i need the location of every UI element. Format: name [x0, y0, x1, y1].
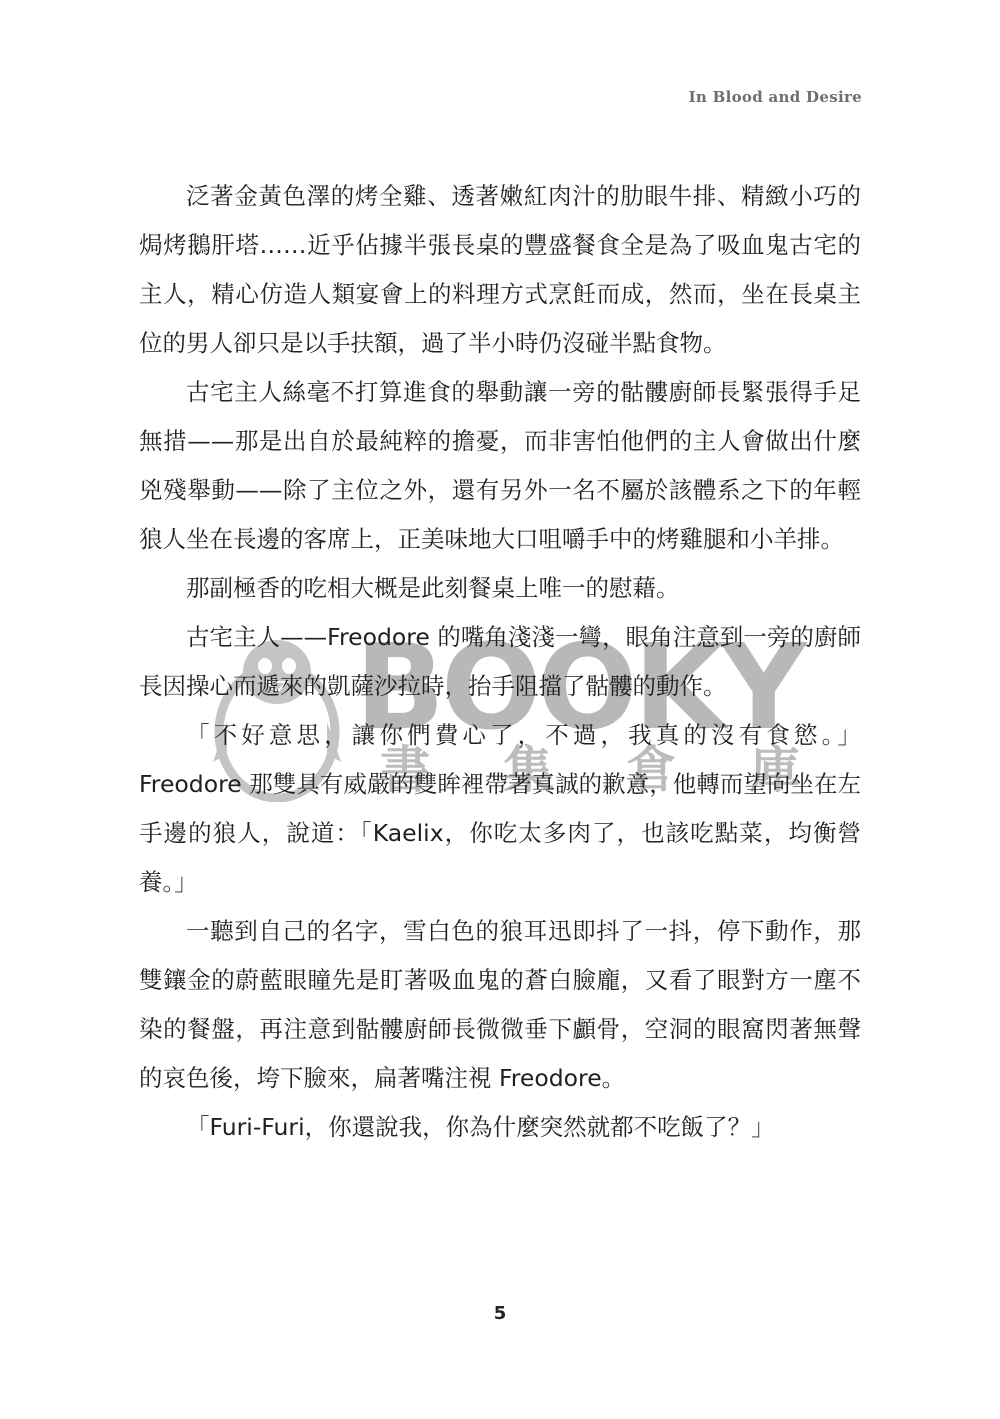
paragraph: 一聽到自己的名字，雪白色的狼耳迅即抖了一抖，停下動作，那雙鑲金的蔚藍眼瞳先是盯著… — [139, 907, 861, 1103]
running-header-title: In Blood and Desire — [689, 88, 862, 106]
paragraph: 古宅主人——Freodore 的嘴角淺淺一彎，眼角注意到一旁的廚師長因操心而遞來… — [139, 613, 861, 711]
page-number: 5 — [0, 1303, 1000, 1324]
chapter-body: 泛著金黃色澤的烤全雞、透著嫩紅肉汁的肋眼牛排、精緻小巧的焗烤鵝肝塔……近乎佔據半… — [139, 172, 861, 1152]
paragraph: 泛著金黃色澤的烤全雞、透著嫩紅肉汁的肋眼牛排、精緻小巧的焗烤鵝肝塔……近乎佔據半… — [139, 172, 861, 368]
paragraph: 「不好意思，讓你們費心了，不過，我真的沒有食慾。」Freodore 那雙具有威嚴… — [139, 711, 861, 907]
paragraph: 「Furi-Furi，你還說我，你為什麼突然就都不吃飯了？」 — [139, 1103, 861, 1152]
paragraph: 那副極香的吃相大概是此刻餐桌上唯一的慰藉。 — [139, 564, 861, 613]
paragraph: 古宅主人絲毫不打算進食的舉動讓一旁的骷髏廚師長緊張得手足無措——那是出自於最純粹… — [139, 368, 861, 564]
